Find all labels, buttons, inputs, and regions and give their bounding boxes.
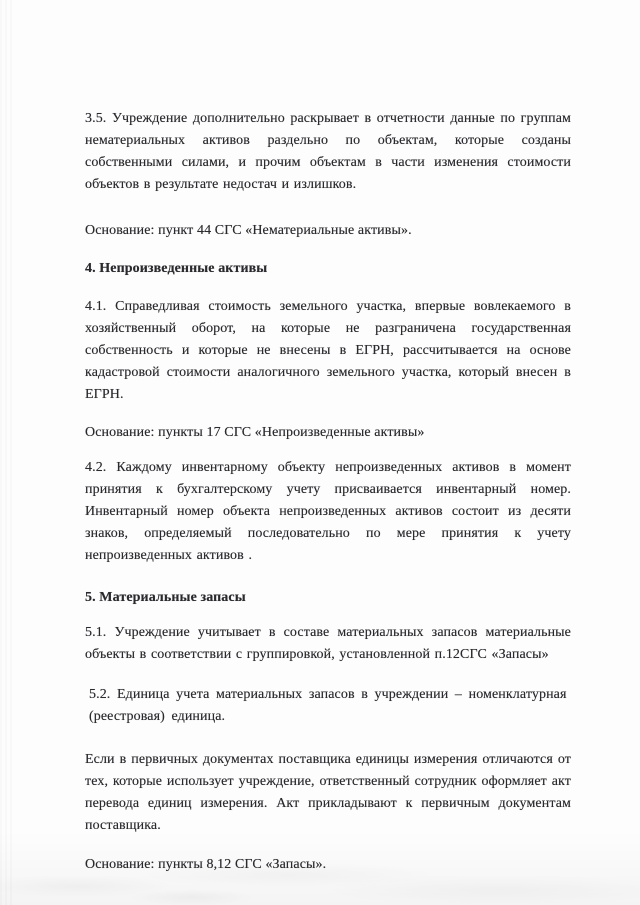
clause-3-5: 3.5. Учреждение дополнительно раскрывает… xyxy=(85,108,571,196)
basis-nonproduced-assets: Основание: пункты 17 СГС «Непроизведенны… xyxy=(85,422,571,444)
clause-4-1: 4.1. Справедливая стоимость земельного у… xyxy=(85,296,571,406)
scan-noise-left-edge xyxy=(0,0,14,905)
clause-5-2: 5.2. Единица учета материальных запасов … xyxy=(85,684,571,728)
clause-4-2: 4.2. Каждому инвентарному объекту непрои… xyxy=(85,457,571,567)
section-5-heading: 5. Материальные запасы xyxy=(85,587,571,609)
basis-inventories: Основание: пункты 8,12 СГС «Запасы». xyxy=(85,854,571,876)
clause-5-1: 5.1. Учреждение учитывает в составе мате… xyxy=(85,622,571,666)
scanned-document-page: 3.5. Учреждение дополнительно раскрывает… xyxy=(0,0,640,905)
paragraph-units-conversion: Если в первичных документах поставщика е… xyxy=(85,749,571,837)
document-content: 3.5. Учреждение дополнительно раскрывает… xyxy=(85,108,571,876)
basis-intangible-assets: Основание: пункт 44 СГС «Нематериальные … xyxy=(85,220,571,242)
section-4-heading: 4. Непроизведенные активы xyxy=(85,258,571,280)
